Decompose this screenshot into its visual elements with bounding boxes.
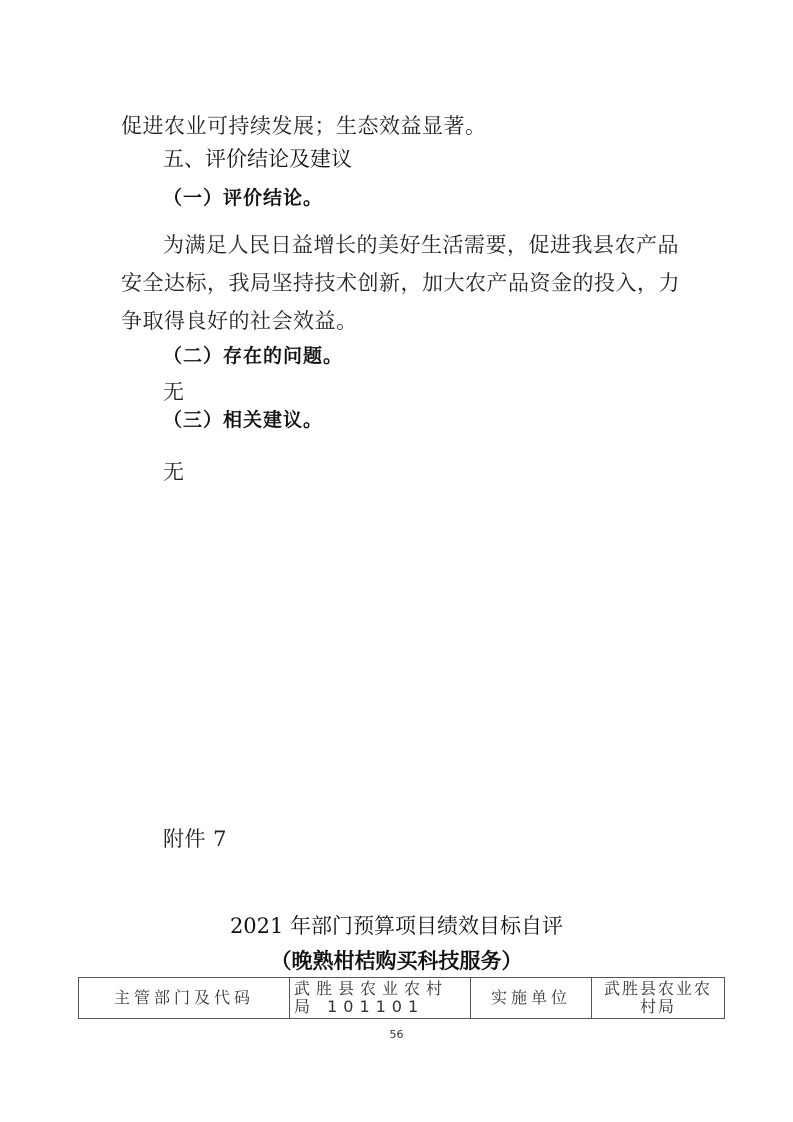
page-number: 56 <box>0 1028 793 1041</box>
subsection-heading-conclusion: （一）评价结论。 <box>163 183 323 210</box>
department-value-cell: 武胜县农业农村局 101101 <box>290 978 471 1019</box>
table-row: 主管部门及代码 武胜县农业农村局 101101 实施单位 武胜县农业农村局 <box>79 978 725 1019</box>
implementing-unit-label-cell: 实施单位 <box>471 978 592 1019</box>
paragraph-line: 争取得良好的社会效益。 <box>121 305 358 335</box>
subsection-heading-problems: （二）存在的问题。 <box>163 341 343 368</box>
suggestions-text: 无 <box>163 456 185 486</box>
paragraph-continuation: 促进农业可持续发展；生态效益显著。 <box>121 110 487 140</box>
attachment-label: 附件 7 <box>163 823 227 853</box>
subsection-heading-suggestions: （三）相关建议。 <box>163 405 323 432</box>
problems-text: 无 <box>163 376 185 406</box>
project-info-table: 主管部门及代码 武胜县农业农村局 101101 实施单位 武胜县农业农村局 <box>78 977 725 1019</box>
department-label-cell: 主管部门及代码 <box>79 978 290 1019</box>
paragraph-line: 为满足人民日益增长的美好生活需要，促进我县农产品 <box>163 229 679 259</box>
section-heading: 五、评价结论及建议 <box>163 143 352 173</box>
paragraph-line: 安全达标，我局坚持技术创新，加大农产品资金的投入，力 <box>121 267 680 297</box>
implementing-unit-value-cell: 武胜县农业农村局 <box>592 978 725 1019</box>
attachment-subtitle: （晚熟柑桔购买科技服务） <box>0 945 793 975</box>
attachment-title: 2021 年部门预算项目绩效目标自评 <box>0 910 793 940</box>
